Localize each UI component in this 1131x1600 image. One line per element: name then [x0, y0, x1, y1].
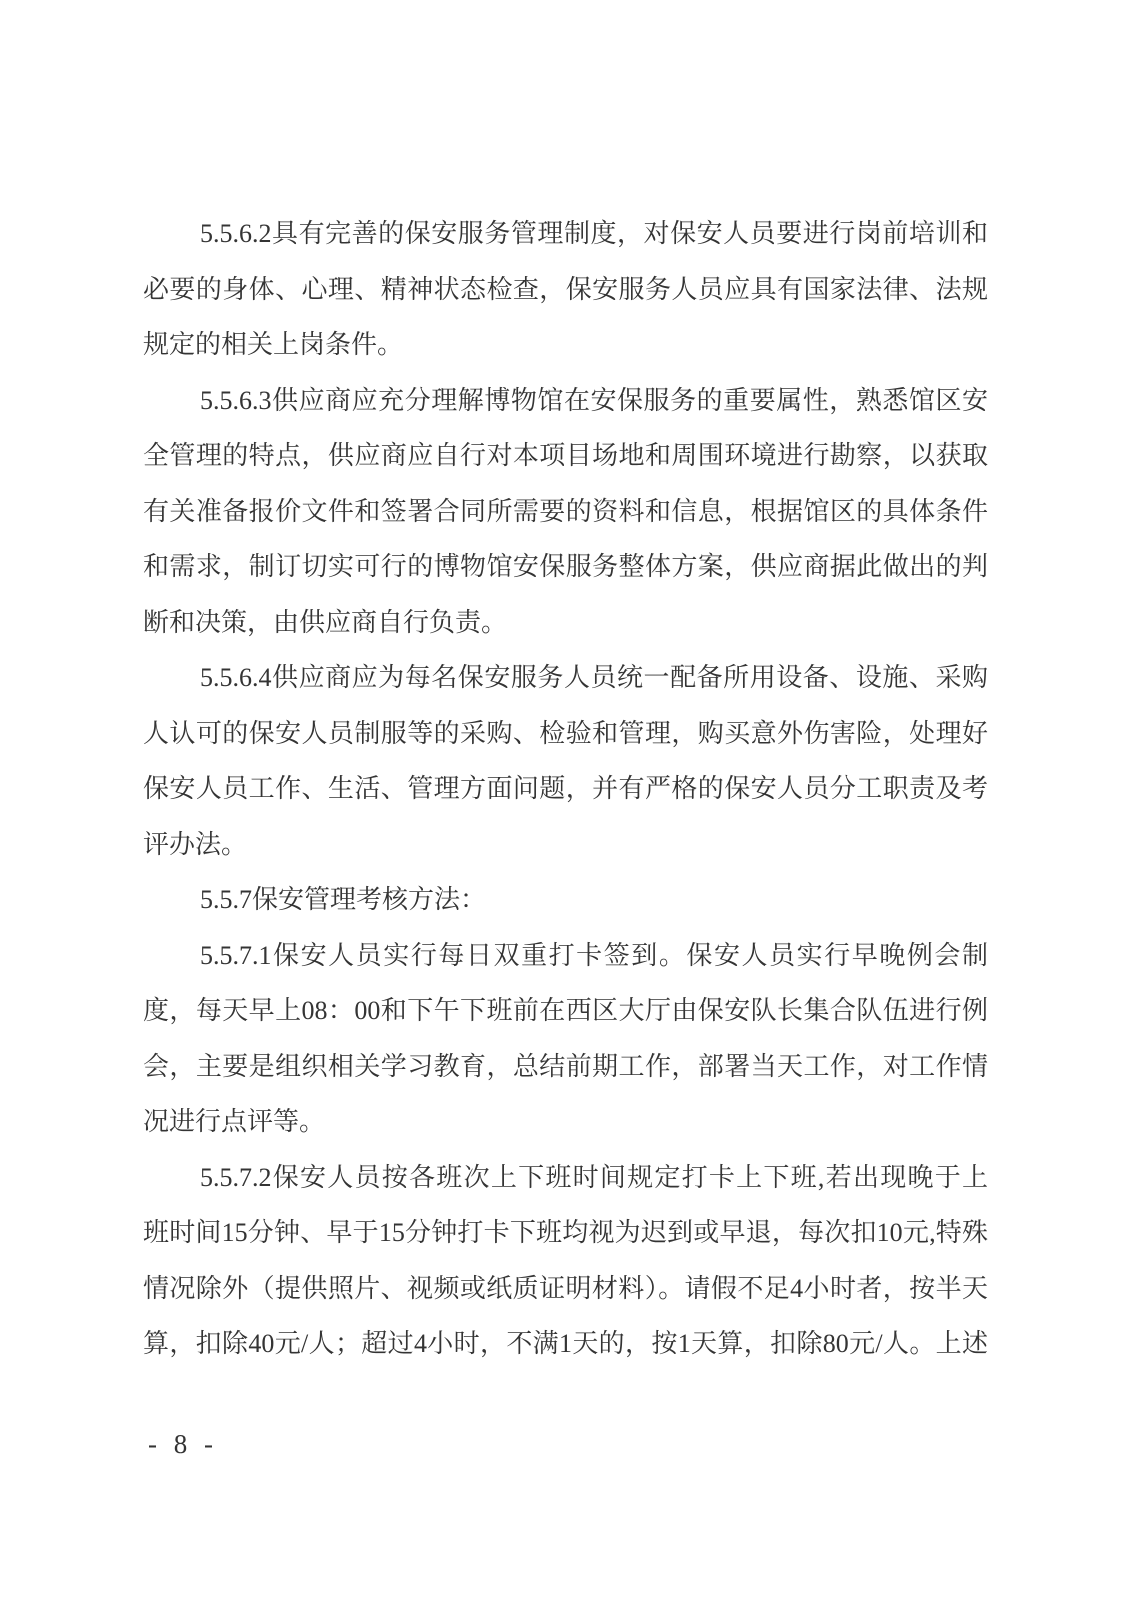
text-line: 5.5.6.2具有完善的保安服务管理制度，对保安人员要进行岗前培训和 [143, 206, 988, 262]
text-line: 有关准备报价文件和签署合同所需要的资料和信息，根据馆区的具体条件 [143, 484, 988, 540]
paragraph-5-5-7-1: 5.5.7.1保安人员实行每日双重打卡签到。保安人员实行早晚例会制 度，每天早上… [143, 928, 988, 1150]
page-number: - 8 - [148, 1424, 218, 1464]
paragraph-5-5-7-2: 5.5.7.2保安人员按各班次上下班时间规定打卡上下班,若出现晚于上 班时间15… [143, 1150, 988, 1372]
paragraph-5-5-6-4: 5.5.6.4供应商应为每名保安服务人员统一配备所用设备、设施、采购 人认可的保… [143, 650, 988, 872]
text-line: 5.5.7.2保安人员按各班次上下班时间规定打卡上下班,若出现晚于上 [143, 1150, 988, 1206]
paragraph-5-5-6-3: 5.5.6.3供应商应充分理解博物馆在安保服务的重要属性，熟悉馆区安 全管理的特… [143, 373, 988, 651]
text-line: 全管理的特点，供应商应自行对本项目场地和周围环境进行勘察，以获取 [143, 428, 988, 484]
text-line: 度，每天早上08：00和下午下班前在西区大厅由保安队长集合队伍进行例 [143, 983, 988, 1039]
paragraph-5-5-7-heading: 5.5.7保安管理考核方法： [143, 872, 988, 928]
text-line: 况进行点评等。 [143, 1094, 988, 1150]
text-line: 必要的身体、心理、精神状态检查，保安服务人员应具有国家法律、法规 [143, 262, 988, 318]
text-line: 5.5.6.3供应商应充分理解博物馆在安保服务的重要属性，熟悉馆区安 [143, 373, 988, 429]
text-line: 和需求，制订切实可行的博物馆安保服务整体方案，供应商据此做出的判 [143, 539, 988, 595]
text-line: 5.5.6.4供应商应为每名保安服务人员统一配备所用设备、设施、采购 [143, 650, 988, 706]
text-line: 情况除外（提供照片、视频或纸质证明材料）。请假不足4小时者，按半天 [143, 1261, 988, 1317]
text-line: 断和决策，由供应商自行负责。 [143, 595, 988, 651]
text-line: 会，主要是组织相关学习教育，总结前期工作，部署当天工作，对工作情 [143, 1039, 988, 1095]
text-line: 评办法。 [143, 817, 988, 873]
document-body: 5.5.6.2具有完善的保安服务管理制度，对保安人员要进行岗前培训和 必要的身体… [143, 206, 988, 1372]
text-line: 5.5.7.1保安人员实行每日双重打卡签到。保安人员实行早晚例会制 [143, 928, 988, 984]
document-page: 5.5.6.2具有完善的保安服务管理制度，对保安人员要进行岗前培训和 必要的身体… [0, 0, 1131, 1600]
text-line: 算，扣除40元/人；超过4小时，不满1天的，按1天算，扣除80元/人。上述 [143, 1316, 988, 1372]
text-line: 保安人员工作、生活、管理方面问题，并有严格的保安人员分工职责及考 [143, 761, 988, 817]
text-line: 5.5.7保安管理考核方法： [143, 872, 988, 928]
text-line: 规定的相关上岗条件。 [143, 317, 988, 373]
text-line: 班时间15分钟、早于15分钟打卡下班均视为迟到或早退，每次扣10元,特殊 [143, 1205, 988, 1261]
text-line: 人认可的保安人员制服等的采购、检验和管理，购买意外伤害险，处理好 [143, 706, 988, 762]
paragraph-5-5-6-2: 5.5.6.2具有完善的保安服务管理制度，对保安人员要进行岗前培训和 必要的身体… [143, 206, 988, 373]
